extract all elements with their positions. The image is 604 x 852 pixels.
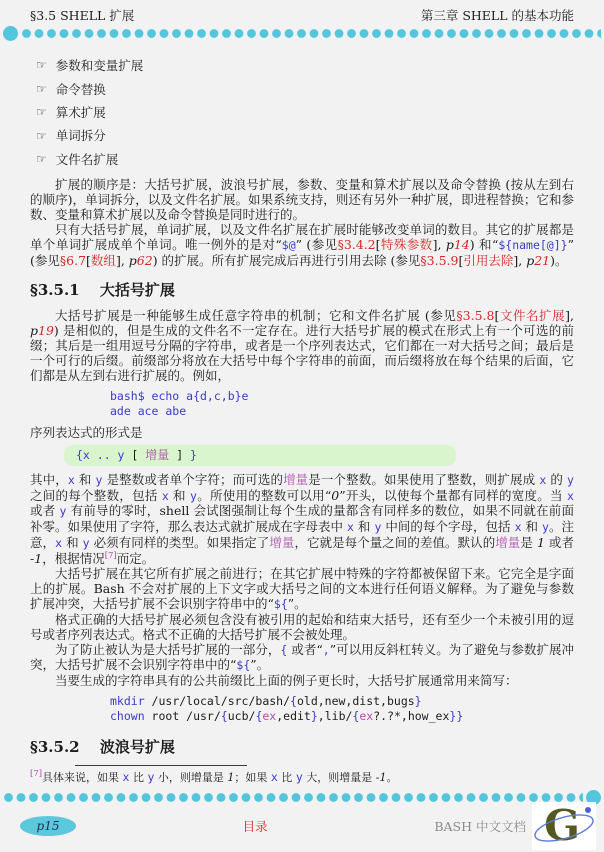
cross-reference-link[interactable]: §3.5.8 — [456, 308, 494, 323]
pointing-hand-icon: ☞ — [36, 82, 47, 96]
footnote-area: [7]具体来说，如果 x 比 y 小，则增量是 1；如果 x 比 y 大，则增量… — [0, 763, 604, 789]
logo-orbit-dot — [585, 807, 591, 813]
cross-reference-link[interactable]: 62 — [137, 253, 153, 268]
paragraph-literal-expansion: 大括号扩展在其它所有扩展之前进行；在其它扩展中特殊的字符都被保留下来。它完全是字… — [30, 566, 574, 612]
page-body: ☞ 参数和变量扩展 ☞ 命令替换 ☞ 算术扩展 ☞ 单词拆分 ☞ 文件名扩展 扩… — [0, 42, 604, 763]
list-item: ☞ 命令替换 — [36, 77, 574, 100]
pointing-hand-icon: ☞ — [36, 129, 47, 143]
code-block-echo-example: bash$ echo a{d,c,b}e ade ace abe — [110, 389, 574, 419]
cross-reference-link[interactable]: 19 — [38, 323, 54, 338]
cross-reference-link[interactable]: §6.7 — [60, 253, 86, 268]
paragraph-word-count: 只有大括号扩展，单词扩展，以及文件名扩展在扩展时能够改变单词的数目。其它的扩展都… — [30, 222, 574, 268]
cross-reference-link[interactable]: 14 — [454, 237, 470, 252]
pointing-hand-icon: ☞ — [36, 58, 47, 72]
section-number: §3.5.1 — [30, 281, 80, 299]
cross-reference-link[interactable]: 21 — [534, 253, 550, 268]
list-item: ☞ 参数和变量扩展 — [36, 54, 574, 77]
sequence-expression-box: {x .. y [ 增量 ] } — [64, 445, 456, 466]
top-dotted-divider — [0, 25, 604, 42]
logo-letter-g: G — [544, 802, 580, 850]
cross-reference-link[interactable]: §3.4.2 — [338, 237, 376, 252]
logo-graphic: G — [532, 802, 596, 850]
footnote-rule — [75, 765, 247, 766]
paragraph-shorthand: 当要生成的字符串具有的公共前缀比上面的例子更长时，大括号扩展通常用来简写： — [30, 673, 574, 688]
list-item: ☞ 单词拆分 — [36, 124, 574, 147]
paragraph-wellformed: 格式正确的大括号扩展必须包含没有被引用的起始和结束大括号，还有至少一个未被引用的… — [30, 612, 574, 642]
paragraph-brace-intro: 大括号扩展是一种能够生成任意字符串的机制；它和文件名扩展 (参见§3.5.8[文… — [30, 308, 574, 383]
cross-reference-link[interactable]: 文件名扩展 — [499, 308, 565, 323]
dotted-line — [21, 28, 601, 39]
pointing-hand-icon: ☞ — [36, 105, 47, 119]
paragraph-sequence-detail: 其中，x 和 y 是整数或者单个字符；而可选的增量是一个整数。如果使用了整数，则… — [30, 472, 574, 566]
paragraph-expansion-order: 扩展的顺序是：大括号扩展，波浪号扩展，参数、变量和算术扩展以及命令替换 (按从左… — [30, 177, 574, 222]
cross-reference-link[interactable]: 数组 — [91, 253, 116, 268]
footnote-marker[interactable]: [7] — [105, 551, 117, 561]
cross-reference-link[interactable]: §3.5.9 — [420, 253, 458, 268]
section-heading-3-5-2: §3.5.2 波浪号扩展 — [30, 738, 574, 756]
document-name: BASH 中文文档 — [434, 819, 526, 834]
footnote-text: [7]具体来说，如果 x 比 y 小，则增量是 1；如果 x 比 y 大，则增量… — [30, 769, 574, 785]
page-number-badge: p15 — [20, 816, 76, 836]
list-item-label: 文件名扩展 — [56, 152, 119, 167]
dotted-line — [3, 792, 583, 803]
list-item: ☞ 算术扩展 — [36, 101, 574, 124]
list-item-label: 算术扩展 — [56, 105, 106, 120]
sequence-form-label: 序列表达式的形式是 — [30, 425, 574, 440]
section-title: 波浪号扩展 — [100, 738, 175, 756]
cross-reference-link[interactable]: 引用去除 — [463, 253, 513, 268]
big-dot-icon — [3, 26, 18, 41]
section-number: §3.5.2 — [30, 738, 80, 756]
document-page: §3.5 SHELL 扩展 第三章 SHELL 的基本功能 ☞ 参数和变量扩展 … — [0, 0, 604, 852]
section-heading-3-5-1: §3.5.1 大括号扩展 — [30, 281, 574, 299]
list-item-label: 单词拆分 — [56, 128, 106, 143]
code-block-mkdir-example: mkdir /usr/local/src/bash/{old,new,dist,… — [110, 694, 574, 724]
pointing-hand-icon: ☞ — [36, 152, 47, 166]
cross-reference-link[interactable]: 特殊参数 — [381, 237, 433, 252]
list-item: ☞ 文件名扩展 — [36, 148, 574, 171]
list-item-label: 参数和变量扩展 — [56, 58, 144, 73]
page-footer: p15 目录 BASH 中文文档 — [0, 806, 604, 852]
page-header: §3.5 SHELL 扩展 第三章 SHELL 的基本功能 — [0, 0, 604, 25]
running-head-left: §3.5 SHELL 扩展 — [30, 8, 134, 23]
expansion-list: ☞ 参数和变量扩展 ☞ 命令替换 ☞ 算术扩展 ☞ 单词拆分 ☞ 文件名扩展 — [36, 54, 574, 171]
list-item-label: 命令替换 — [56, 82, 106, 97]
section-title: 大括号扩展 — [100, 281, 175, 299]
bottom-dotted-divider — [0, 789, 604, 806]
publisher-logo: G — [532, 802, 596, 850]
footnote-marker[interactable]: [7] — [30, 769, 42, 779]
paragraph-escape: 为了防止被认为是大括号扩展的一部分，{ 或者“,”可以用反斜杠转义。为了避免与参… — [30, 642, 574, 674]
toc-link[interactable]: 目录 — [76, 819, 434, 834]
running-head-right: 第三章 SHELL 的基本功能 — [421, 8, 574, 23]
